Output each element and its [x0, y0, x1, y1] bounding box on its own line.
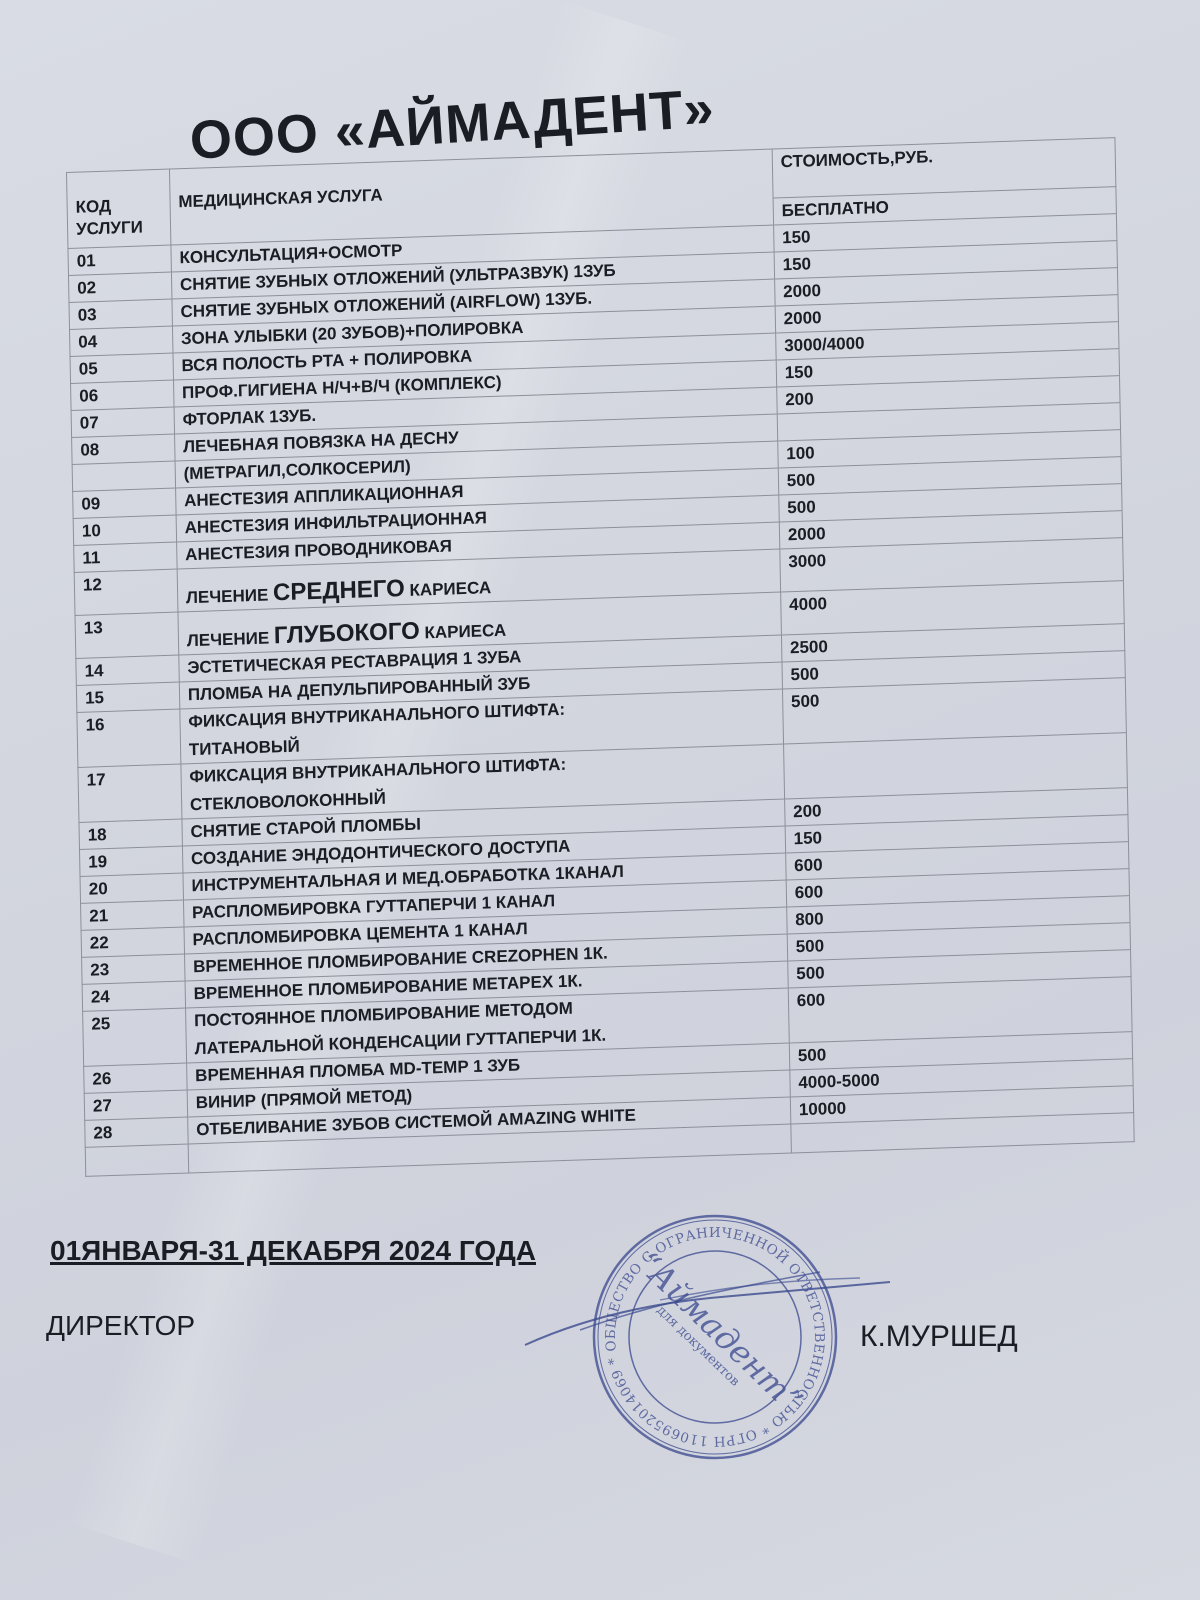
- code-cell: 07: [71, 407, 174, 437]
- director-label: ДИРЕКТОР: [46, 1310, 195, 1342]
- company-stamp: ОБЩЕСТВО С ОГРАНИЧЕННОЙ ОТВЕТСТВЕННОСТЬЮ…: [574, 1196, 856, 1478]
- code-cell: 22: [81, 927, 184, 957]
- code-cell: 08: [72, 434, 175, 464]
- code-cell: 25: [83, 1008, 187, 1066]
- code-cell: 26: [84, 1063, 187, 1093]
- code-cell: 18: [79, 819, 182, 849]
- code-cell: 14: [76, 655, 179, 685]
- validity-period: 01ЯНВАРЯ-31 ДЕКАБРЯ 2024 ГОДА: [50, 1235, 536, 1267]
- code-cell: 19: [80, 846, 183, 876]
- code-cell: 01: [68, 245, 171, 275]
- service-text: ЛЕЧЕНИЕ: [186, 585, 273, 607]
- service-emphasis: СРЕДНЕГО: [273, 575, 405, 606]
- code-cell: 15: [76, 682, 179, 712]
- code-cell: 04: [70, 326, 173, 356]
- code-cell: 05: [70, 353, 173, 383]
- service-emphasis: ГЛУБОКОГО: [274, 618, 420, 650]
- code-cell: 10: [73, 515, 176, 545]
- header-code: КОД УСЛУГИ: [67, 169, 171, 248]
- code-cell: 13: [75, 612, 179, 658]
- code-cell: 16: [77, 709, 181, 767]
- code-cell: 02: [68, 272, 171, 302]
- code-cell: 23: [82, 954, 185, 984]
- code-cell: 09: [73, 488, 176, 518]
- code-cell: 12: [74, 569, 178, 615]
- service-text: ЛЕЧЕНИЕ: [187, 628, 274, 650]
- service-text: КАРИЕСА: [420, 621, 507, 643]
- code-cell: 27: [84, 1090, 187, 1120]
- code-cell: 06: [71, 380, 174, 410]
- code-cell: 24: [82, 981, 185, 1011]
- stamp-center-text: “Аймадент”: [630, 1244, 810, 1420]
- code-cell: [72, 461, 175, 491]
- code-cell: 21: [81, 900, 184, 930]
- service-text: КАРИЕСА: [405, 578, 492, 600]
- code-cell: 28: [85, 1117, 188, 1147]
- code-cell: 17: [78, 764, 182, 822]
- code-cell: [85, 1144, 188, 1176]
- signer-name: К.МУРШЕД: [860, 1320, 1018, 1354]
- code-cell: 20: [80, 873, 183, 903]
- price-list: КОД УСЛУГИ МЕДИЦИНСКАЯ УСЛУГА СТОИМОСТЬ,…: [66, 137, 1135, 1177]
- code-cell: 11: [74, 542, 177, 572]
- code-cell: 03: [69, 299, 172, 329]
- price-table: КОД УСЛУГИ МЕДИЦИНСКАЯ УСЛУГА СТОИМОСТЬ,…: [66, 137, 1135, 1177]
